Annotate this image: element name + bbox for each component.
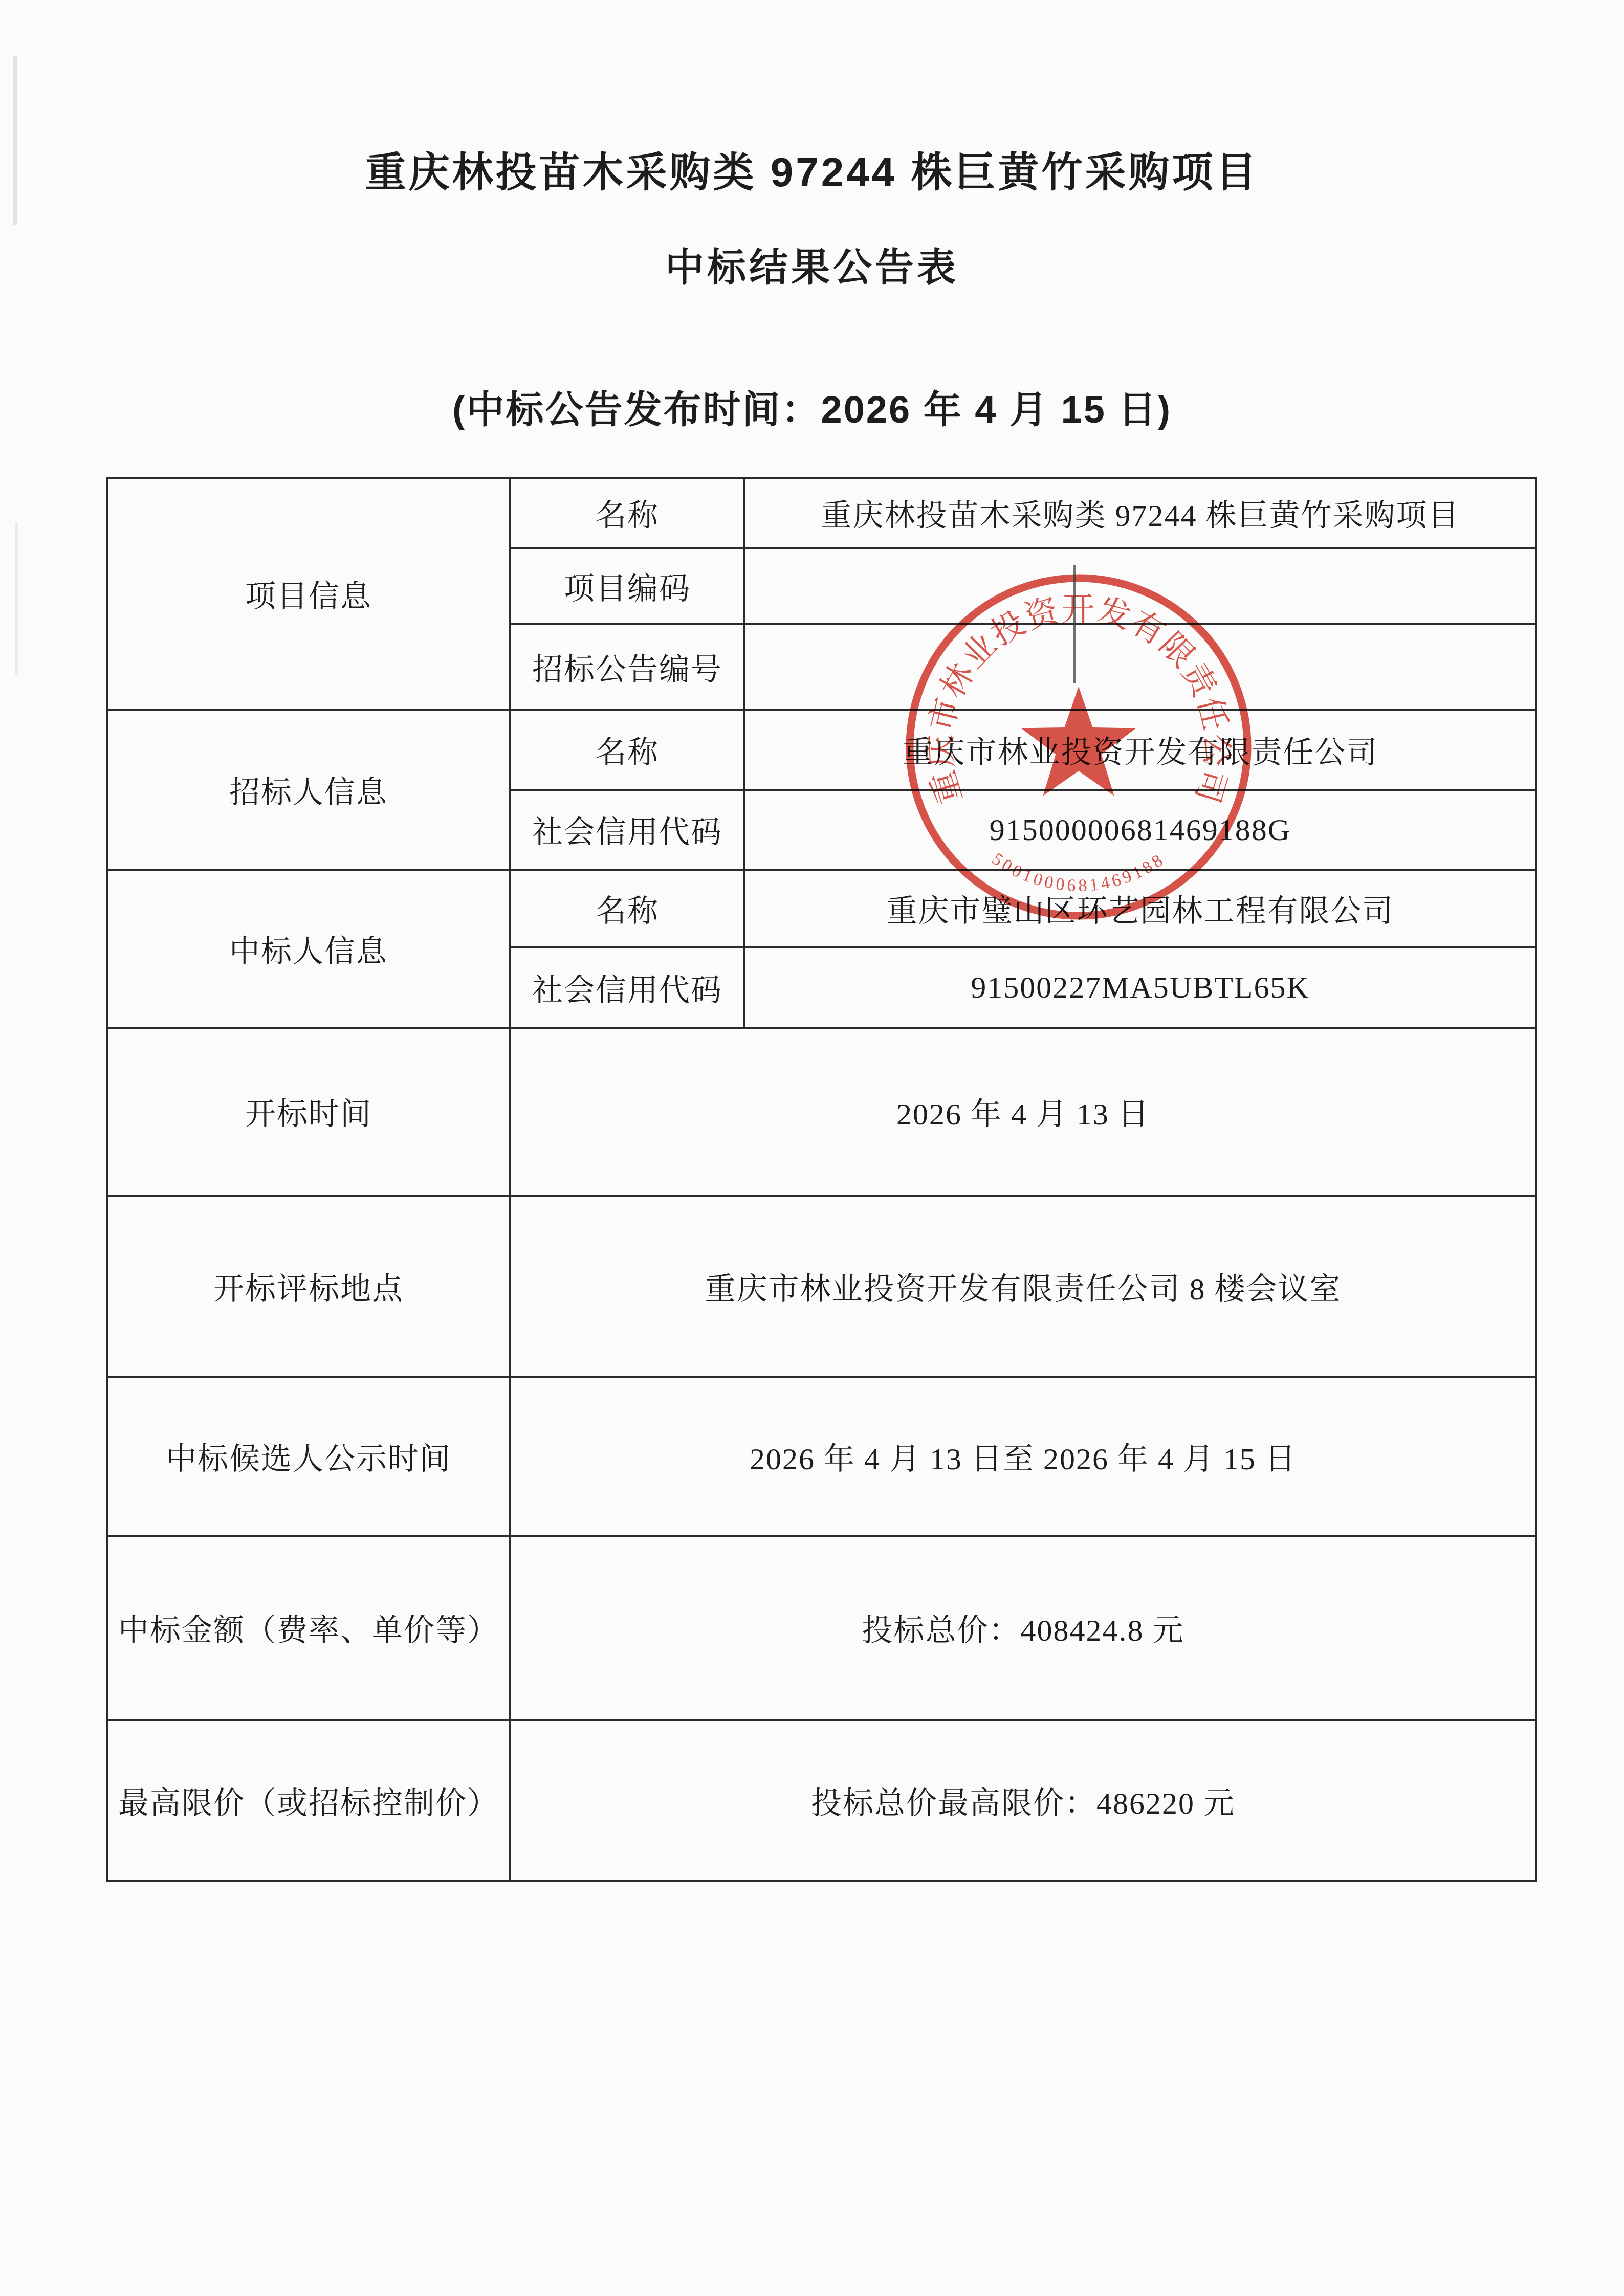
row-value-cell: 重庆林投苗木采购类 97244 株巨黄竹采购项目 [744,478,1536,548]
group-cell-tenderer-info: 招标人信息 [107,710,510,870]
row-value-cell: 投标总价最高限价：486220 元 [510,1720,1536,1881]
row-label-cell: 招标公告编号 [510,624,744,710]
row-value-cell: 投标总价：408424.8 元 [510,1536,1536,1720]
group-cell-winner-info: 中标人信息 [107,870,510,1028]
row-value-cell [744,624,1536,710]
doc-title-line1: 重庆林投苗木采购类 97244 株巨黄竹采购项目 [0,139,1624,198]
row-value-cell: 2026 年 4 月 13 日 [510,1028,1536,1196]
row-label-cell: 名称 [510,478,744,548]
row-value-cell: 91500000681469188G [744,790,1536,870]
row-value-cell: 91500227MA5UBTL65K [744,947,1536,1028]
row-label-cell: 社会信用代码 [510,790,744,870]
row-value-cell: 2026 年 4 月 13 日至 2026 年 4 月 15 日 [510,1377,1536,1536]
publish-time-line: (中标公告发布时间：2026 年 4 月 15 日) [0,380,1624,434]
group-cell-project-info: 项目信息 [107,478,510,710]
scan-edge-streak [15,522,18,675]
row-value-cell: 重庆市璧山区环艺园林工程有限公司 [744,870,1536,947]
row-label-cell: 名称 [510,710,744,790]
row-value-cell: 重庆市林业投资开发有限责任公司 8 楼会议室 [510,1196,1536,1377]
row-label-cell-price-ceiling: 最高限价（或招标控制价） [107,1720,510,1881]
row-label-cell: 名称 [510,870,744,947]
row-label-cell: 社会信用代码 [510,947,744,1028]
row-label-cell-winning-amount: 中标金额（费率、单价等） [107,1536,510,1720]
bid-result-table: 项目信息 名称 重庆林投苗木采购类 97244 株巨黄竹采购项目 项目编码 招标… [106,477,1537,1882]
doc-title-line2: 中标结果公告表 [0,236,1624,292]
row-label-cell-candidate-publicity-time: 中标候选人公示时间 [107,1377,510,1536]
row-label-cell: 项目编码 [510,548,744,624]
row-value-cell: 重庆市林业投资开发有限责任公司 [744,710,1536,790]
document-page: 重庆林投苗木采购类 97244 株巨黄竹采购项目 中标结果公告表 (中标公告发布… [0,0,1624,2296]
row-value-cell [744,548,1536,624]
row-label-cell-bid-opening-place: 开标评标地点 [107,1196,510,1377]
row-label-cell-bid-opening-time: 开标时间 [107,1028,510,1196]
